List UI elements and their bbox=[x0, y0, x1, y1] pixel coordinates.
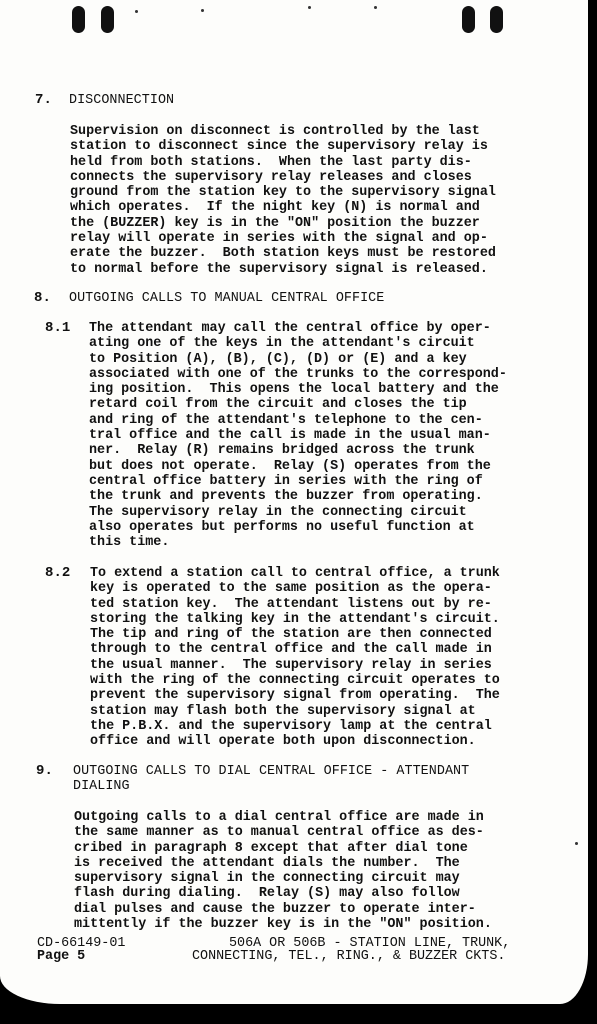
paragraph-line: station to disconnect since the supervis… bbox=[70, 139, 496, 154]
paragraph-line: Outgoing calls to a dial central office … bbox=[74, 810, 492, 825]
paragraph-line: also operates but performs no useful fun… bbox=[89, 520, 507, 535]
paragraph-line: cribed in paragraph 8 except that after … bbox=[74, 841, 492, 856]
paragraph-line: through to the central office and the ca… bbox=[90, 642, 500, 657]
section-number: 7. bbox=[35, 93, 52, 108]
section-number: 9. bbox=[36, 764, 53, 779]
paragraph-line: to Position (A), (B), (C), (D) or (E) an… bbox=[89, 352, 507, 367]
paragraph-line: ground from the station key to the super… bbox=[70, 185, 496, 200]
paragraph-line: office and will operate both upon discon… bbox=[90, 734, 500, 749]
paragraph-line: is received the attendant dials the numb… bbox=[74, 856, 492, 871]
paragraph-line: which operates. If the night key (N) is … bbox=[70, 200, 496, 215]
paragraph-line: the P.B.X. and the supervisory lamp at t… bbox=[90, 719, 500, 734]
paragraph-line: key is operated to the same position as … bbox=[90, 581, 500, 596]
paragraph-line: mittently if the buzzer key is in the "O… bbox=[74, 917, 492, 932]
paragraph-line: tral office and the call is made in the … bbox=[89, 428, 507, 443]
document-page: 7. DISCONNECTION Supervision on disconne… bbox=[0, 0, 588, 1004]
paragraph-line: ing position. This opens the local batte… bbox=[89, 382, 507, 397]
paragraph-line: The tip and ring of the station are then… bbox=[90, 627, 500, 642]
section-heading: OUTGOING CALLS TO DIAL CENTRAL OFFICE - … bbox=[73, 764, 469, 779]
paragraph-line: to normal before the supervisory signal … bbox=[70, 262, 496, 277]
scan-speck bbox=[308, 6, 311, 9]
paragraph-line: retard coil from the circuit and closes … bbox=[89, 397, 507, 412]
punch-hole-icon bbox=[462, 6, 475, 33]
paragraph: Outgoing calls to a dial central office … bbox=[74, 810, 492, 932]
paragraph-line: central office battery in series with th… bbox=[89, 474, 507, 489]
paragraph-line: The attendant may call the central offic… bbox=[89, 321, 507, 336]
paragraph-line: the usual manner. The supervisory relay … bbox=[90, 658, 500, 673]
paragraph-line: this time. bbox=[89, 535, 507, 550]
paragraph-line: the trunk and prevents the buzzer from o… bbox=[89, 489, 507, 504]
scan-speck bbox=[374, 6, 377, 9]
footer-title-line-2: CONNECTING, TEL., RING., & BUZZER CKTS. bbox=[192, 950, 505, 963]
punch-hole-icon bbox=[101, 6, 114, 33]
paragraph-line: ted station key. The attendant listens o… bbox=[90, 597, 500, 612]
section-number: 8. bbox=[34, 291, 51, 306]
paragraph-line: held from both stations. When the last p… bbox=[70, 155, 496, 170]
paragraph-line: connects the supervisory relay releases … bbox=[70, 170, 496, 185]
paragraph-line: The supervisory relay in the connecting … bbox=[89, 505, 507, 520]
section-heading-continued: DIALING bbox=[73, 779, 130, 794]
paragraph-line: the same manner as to manual central off… bbox=[74, 825, 492, 840]
section-heading: OUTGOING CALLS TO MANUAL CENTRAL OFFICE bbox=[69, 291, 384, 306]
paragraph-line: but does not operate. Relay (S) operates… bbox=[89, 459, 507, 474]
scan-speck bbox=[201, 9, 204, 12]
paragraph: To extend a station call to central offi… bbox=[90, 566, 500, 750]
paragraph-line: with the ring of the connecting circuit … bbox=[90, 673, 500, 688]
punch-hole-icon bbox=[72, 6, 85, 33]
paragraph-line: erate the buzzer. Both station keys must… bbox=[70, 246, 496, 261]
scan-speck bbox=[135, 10, 138, 13]
section-heading: DISCONNECTION bbox=[69, 93, 174, 108]
page-number: Page 5 bbox=[37, 950, 85, 963]
paragraph-number: 8.1 bbox=[45, 321, 70, 336]
paragraph-line: and ring of the attendant's telephone to… bbox=[89, 413, 507, 428]
scan-speck bbox=[575, 842, 578, 845]
paragraph-line: supervisory signal in the connecting cir… bbox=[74, 871, 492, 886]
paragraph-line: Supervision on disconnect is controlled … bbox=[70, 124, 496, 139]
paragraph-line: the (BUZZER) key is in the "ON" position… bbox=[70, 216, 496, 231]
paragraph-line: relay will operate in series with the si… bbox=[70, 231, 496, 246]
paragraph-line: station may flash both the supervisory s… bbox=[90, 704, 500, 719]
paragraph-line: To extend a station call to central offi… bbox=[90, 566, 500, 581]
paragraph-line: ating one of the keys in the attendant's… bbox=[89, 336, 507, 351]
paragraph: Supervision on disconnect is controlled … bbox=[70, 124, 496, 277]
punch-hole-icon bbox=[490, 6, 503, 33]
paragraph-line: storing the talking key in the attendant… bbox=[90, 612, 500, 627]
paragraph-line: ner. Relay (R) remains bridged across th… bbox=[89, 443, 507, 458]
paragraph-line: flash during dialing. Relay (S) may also… bbox=[74, 886, 492, 901]
paragraph: The attendant may call the central offic… bbox=[89, 321, 507, 550]
paragraph-line: dial pulses and cause the buzzer to oper… bbox=[74, 902, 492, 917]
paragraph-line: prevent the supervisory signal from oper… bbox=[90, 688, 500, 703]
paragraph-number: 8.2 bbox=[45, 566, 70, 581]
paragraph-line: associated with one of the trunks to the… bbox=[89, 367, 507, 382]
